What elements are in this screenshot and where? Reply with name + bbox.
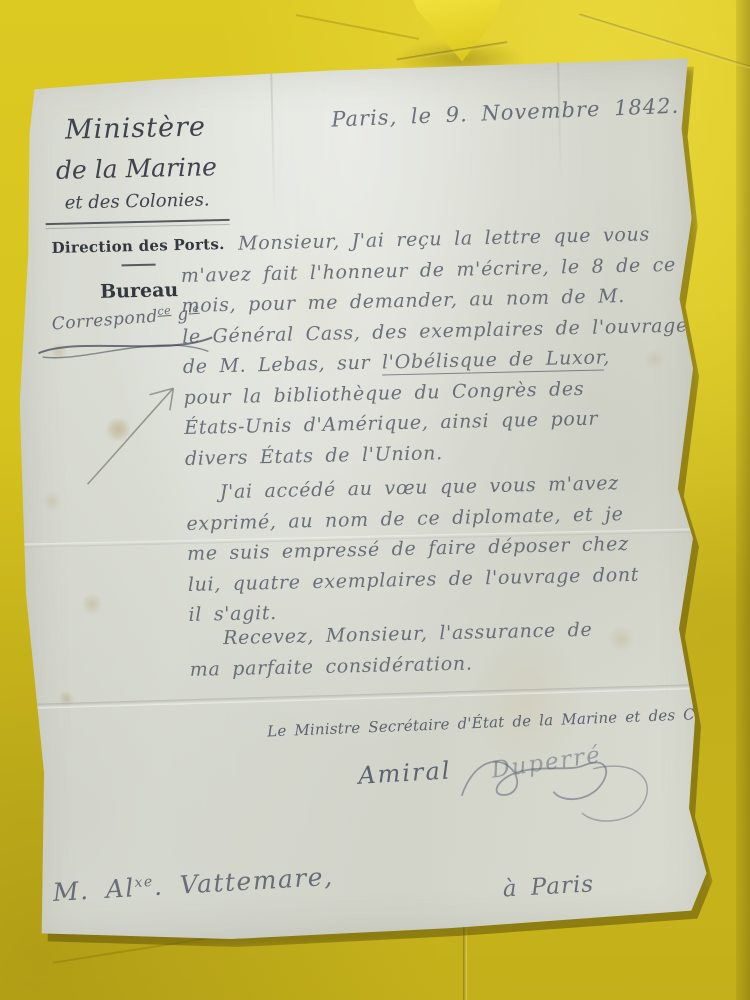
addressee-rest: . Vattemare, xyxy=(153,862,334,901)
letterhead-rule xyxy=(46,219,230,229)
background-edge-shadow xyxy=(736,0,750,1000)
background-crease xyxy=(463,926,467,1000)
ministry-name-line3: et des Colonies. xyxy=(43,189,231,214)
paragraph-1: Monsieur, J'ai reçu la lettre que vous m… xyxy=(180,222,710,478)
signature-rank: Amiral xyxy=(357,756,452,789)
addressee-text: M. Al xyxy=(52,873,136,907)
paragraph-2: J'ai accédé au vœu que vous m'avez expri… xyxy=(186,470,714,634)
fold-crease xyxy=(270,68,275,218)
correspondance-sup: ce xyxy=(157,304,172,318)
place-line: à Paris xyxy=(502,871,595,902)
body-text: de M. Lebas, sur xyxy=(183,351,383,378)
ministry-name-line1: Ministère xyxy=(41,111,230,146)
background-crease xyxy=(296,14,419,40)
underlined-title: l'Obélisque de Luxor xyxy=(382,346,604,375)
signature-scrawl xyxy=(442,731,674,836)
body-text: , xyxy=(603,346,610,368)
addressee-sup: xe xyxy=(134,874,154,891)
signature: Duperré xyxy=(442,731,674,836)
fold-crease xyxy=(26,684,704,709)
paragraph-3: Recevez, Monsieur, l'assurance de ma par… xyxy=(189,616,715,689)
letterhead-small-rule xyxy=(122,264,156,267)
addressee: M. Alxe. Vattemare, xyxy=(52,862,334,907)
photo-of-letter: Ministère de la Marine et des Colonies. … xyxy=(0,0,750,1000)
letter-sheet: Ministère de la Marine et des Colonies. … xyxy=(12,58,710,945)
ministry-name-line2: de la Marine xyxy=(42,152,231,185)
correspondance-text: Correspond xyxy=(51,307,158,335)
dateline: Paris, le 9. Novembre 1842. xyxy=(331,94,680,132)
